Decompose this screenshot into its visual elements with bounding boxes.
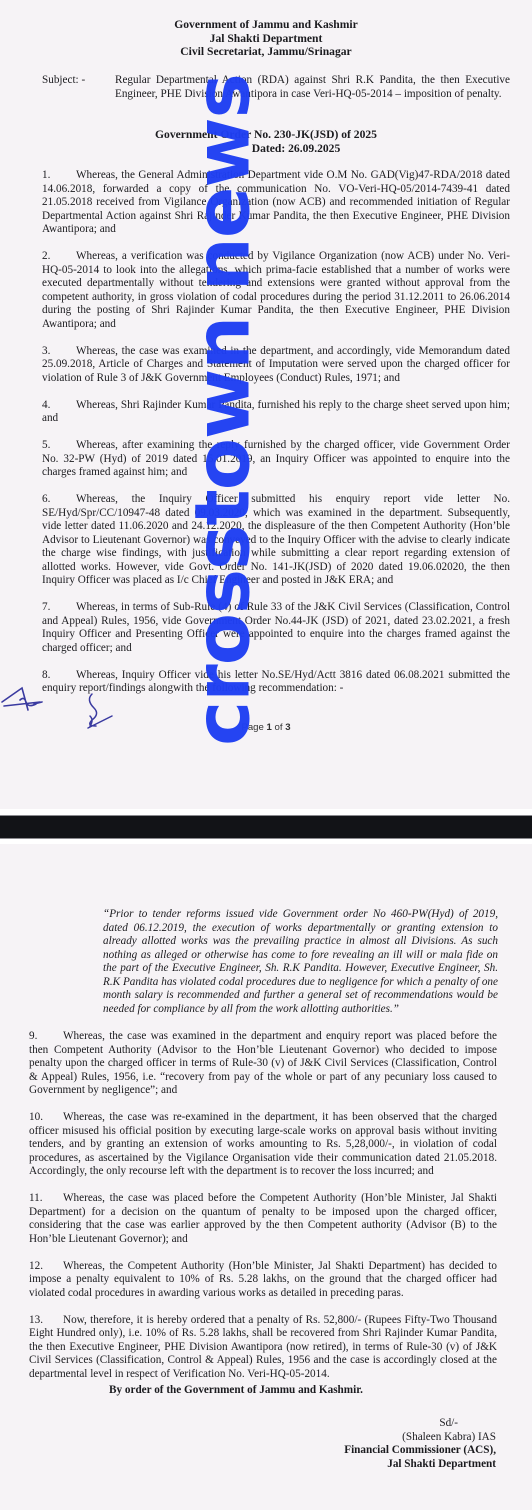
paragraph-number: 7. [42,601,76,615]
letterhead: Government of Jammu and Kashmir Jal Shak… [0,18,532,59]
order-heading: Government Order No. 230-JK(JSD) of 2025… [0,128,532,155]
paragraph-7: 7.Whereas, in terms of Sub-Rule (4) of R… [42,601,510,655]
paragraph-number: 10. [29,1111,63,1125]
document-page-2: “Prior to tender reforms issued vide Gov… [0,844,532,1510]
document-page-1: Government of Jammu and Kashmir Jal Shak… [0,0,532,809]
paragraph-number: 5. [42,439,76,453]
paragraph-number: 9. [29,1030,63,1044]
signatory-department: Jal Shakti Department [344,1458,496,1472]
page2-paragraphs: 9.Whereas, the case was examined in the … [29,1030,497,1395]
page-separator [0,815,532,839]
paragraph-5: 5.Whereas, after examining the reply fur… [42,439,510,480]
paragraph-number: 11. [29,1192,63,1206]
paragraph-number: 2. [42,250,76,264]
letterhead-government: Government of Jammu and Kashmir [0,18,532,32]
letterhead-address: Civil Secretariat, Jammu/Srinagar [0,45,532,59]
paragraph-10: 10.Whereas, the case was re-examined in … [29,1111,497,1179]
signed-marker: Sd/- [344,1417,496,1431]
order-date: Dated: 26.09.2025 [0,142,532,156]
paragraph-text: Whereas, a verification was conducted by… [42,250,510,330]
paragraph-text: Now, therefore, it is hereby ordered tha… [29,1314,497,1380]
letterhead-department: Jal Shakti Department [0,32,532,46]
paragraph-number: 13. [29,1314,63,1328]
initials-signature-1 [0,680,60,720]
subject-text: Regular Departmental Action (RDA) agains… [115,74,510,101]
paragraph-2: 2.Whereas, a verification was conducted … [42,250,510,331]
paragraph-4: 4.Whereas, Shri Rajinder Kumar Pandita, … [42,399,510,426]
subject-block: Subject: - Regular Departmental Action (… [42,74,510,101]
subject-label: Subject: - [42,74,115,101]
order-number: Government Order No. 230-JK(JSD) of 2025 [0,128,532,142]
paragraph-1: 1.Whereas, the General Administration De… [42,169,510,237]
paragraph-11: 11.Whereas, the case was placed before t… [29,1192,497,1246]
paragraph-number: 3. [42,345,76,359]
paragraph-text: Whereas, after examining the reply furni… [42,439,510,478]
paragraph-text: Whereas, the case was re-examined in the… [29,1111,497,1177]
signatory-name: (Shaleen Kabra) IAS [344,1431,496,1445]
paragraph-12: 12.Whereas, the Competent Authority (Hon… [29,1260,497,1301]
paragraph-text: Whereas, the case was examined in the de… [42,345,510,384]
paragraph-text: Whereas, the case was examined in the de… [29,1030,497,1096]
closing-line: By order of the Government of Jammu and … [0,1384,532,1396]
paragraph-number: 1. [42,169,76,183]
recommendation-quote: “Prior to tender reforms issued vide Gov… [103,908,498,1016]
page-number: Page 1 of 3 [0,722,532,733]
paragraph-number: 4. [42,399,76,413]
paragraph-6: 6.Whereas, the Inquiry Officer submitted… [42,493,510,588]
paragraph-text: Whereas, Shri Rajinder Kumar Pandita, fu… [42,399,510,425]
signature-block: Sd/- (Shaleen Kabra) IAS Financial Commi… [344,1417,496,1471]
paragraph-text: Whereas, the case was placed before the … [29,1192,497,1245]
paragraph-text: Whereas, the Inquiry Officer submitted h… [42,493,510,586]
paragraph-text: Whereas, the General Administration Depa… [42,169,510,235]
signatory-designation: Financial Commissioner (ACS), [344,1444,496,1458]
paragraph-text: Whereas, the Competent Authority (Hon’bl… [29,1260,497,1299]
paragraph-13: 13.Now, therefore, it is hereby ordered … [29,1314,497,1382]
paragraph-number: 12. [29,1260,63,1274]
paragraph-9: 9.Whereas, the case was examined in the … [29,1030,497,1098]
page1-paragraphs: 1.Whereas, the General Administration De… [42,169,510,709]
paragraph-3: 3.Whereas, the case was examined in the … [42,345,510,386]
paragraph-number: 6. [42,493,76,507]
paragraph-text: Whereas, in terms of Sub-Rule (4) of Rul… [42,601,510,654]
